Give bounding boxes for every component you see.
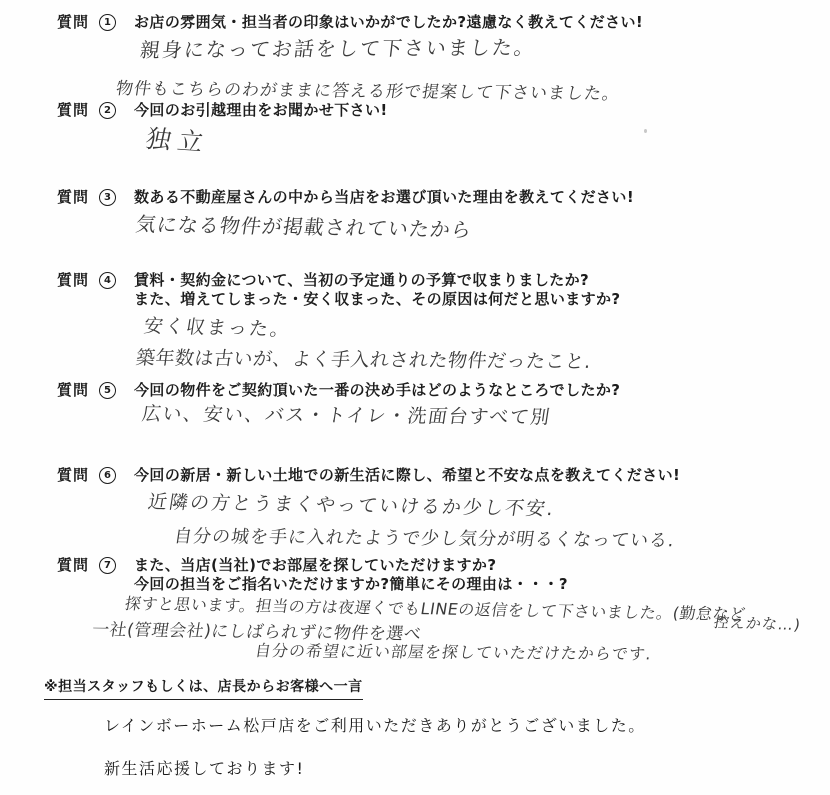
- question-6-number-circle: 6: [99, 467, 116, 484]
- question-1-line-1: お店の雰囲気・担当者の印象はいかがでしたか?遠慮なく教えてください!: [134, 13, 643, 32]
- question-7-line-2: 今回の担当をご指名いただけますか?簡単にその理由は・・・?: [134, 575, 568, 594]
- question-6-text: 今回の新居・新しい土地での新生活に際し、希望と不安な点を教えてください!: [134, 466, 680, 485]
- question-4-label: 質問: [57, 271, 89, 290]
- question-3-line-1: 数ある不動産屋さんの中から当店をお選び頂いた理由を教えてください!: [134, 188, 634, 207]
- question-7-line-1: また、当店(当社)でお部屋を探していただけますか?: [134, 556, 568, 575]
- handwritten-answer-3: 気になる物件が掲載されていたから: [134, 212, 474, 242]
- question-4-text: 賃料・契約金について、当初の予定通りの予算で収まりましたか? また、増えてしまっ…: [134, 271, 621, 309]
- question-2-text: 今回のお引越理由をお聞かせ下さい!: [134, 101, 388, 120]
- question-7: 質問 7 また、当店(当社)でお部屋を探していただけますか? 今回の担当をご指名…: [57, 556, 568, 594]
- question-2-line-1: 今回のお引越理由をお聞かせ下さい!: [134, 101, 388, 120]
- question-5: 質問 5 今回の物件をご契約頂いた一番の決め手はどのようなところでしたか?: [57, 381, 620, 400]
- handwritten-answer-7a: 探すと思います。担当の方は夜遅くでもLINEの返信をして下さいました。(勤怠など: [123, 594, 747, 624]
- handwritten-answer-5: 広い、安い、バス・トイレ・洗面台すべて別: [140, 403, 552, 429]
- question-7-number-circle: 7: [99, 557, 116, 574]
- scan-speck: [644, 129, 647, 133]
- question-5-label: 質問: [57, 381, 89, 400]
- question-4-line-1: 賃料・契約金について、当初の予定通りの予算で収まりましたか?: [134, 271, 621, 290]
- question-2: 質問 2 今回のお引越理由をお聞かせ下さい!: [57, 101, 388, 120]
- question-1-text: お店の雰囲気・担当者の印象はいかがでしたか?遠慮なく教えてください!: [134, 13, 643, 32]
- customer-survey-scan: 質問 1 お店の雰囲気・担当者の印象はいかがでしたか?遠慮なく教えてください! …: [0, 0, 830, 795]
- question-3-number-circle: 3: [99, 189, 116, 206]
- question-3-text: 数ある不動産屋さんの中から当店をお選び頂いた理由を教えてください!: [134, 188, 634, 207]
- handwritten-answer-1a: 親身になってお話をして下さいました。: [139, 35, 538, 62]
- question-6-line-1: 今回の新居・新しい土地での新生活に際し、希望と不安な点を教えてください!: [134, 466, 680, 485]
- question-5-text: 今回の物件をご契約頂いた一番の決め手はどのようなところでしたか?: [134, 381, 620, 400]
- support-message: 新生活応援しております!: [104, 756, 304, 779]
- handwritten-answer-6b: 自分の城を手に入れたようで少し気分が明るくなっている.: [172, 526, 676, 552]
- question-6: 質問 6 今回の新居・新しい土地での新生活に際し、希望と不安な点を教えてください…: [57, 466, 680, 485]
- handwritten-answer-2: 独立: [143, 124, 213, 158]
- question-7-label: 質問: [57, 556, 89, 575]
- question-1: 質問 1 お店の雰囲気・担当者の印象はいかがでしたか?遠慮なく教えてください!: [57, 13, 643, 32]
- question-2-number-circle: 2: [99, 102, 116, 119]
- thanks-message: レインボーホーム松戸店をご利用いただきありがとうございました。: [104, 713, 646, 736]
- question-1-label: 質問: [57, 13, 89, 32]
- handwritten-answer-7a-continued: 控えかな…): [712, 613, 802, 634]
- question-7-text: また、当店(当社)でお部屋を探していただけますか? 今回の担当をご指名いただけま…: [134, 556, 568, 594]
- question-1-number-circle: 1: [99, 14, 116, 31]
- handwritten-answer-4b: 築年数は古いが、よく手入れされた物件だったこと.: [135, 347, 593, 374]
- handwritten-answer-4a: 安く収まった。: [142, 315, 292, 342]
- question-2-label: 質問: [57, 101, 89, 120]
- question-3-label: 質問: [57, 188, 89, 207]
- question-4-line-2: また、増えてしまった・安く収まった、その原因は何だと思いますか?: [134, 290, 621, 309]
- question-6-label: 質問: [57, 466, 89, 485]
- question-5-number-circle: 5: [99, 382, 116, 399]
- question-4-number-circle: 4: [99, 272, 116, 289]
- handwritten-answer-6a: 近隣の方とうまくやっていけるか少し不安.: [146, 491, 557, 521]
- staff-note-heading: ※担当スタッフもしくは、店長からお客様へ一言: [44, 676, 363, 700]
- question-5-line-1: 今回の物件をご契約頂いた一番の決め手はどのようなところでしたか?: [134, 381, 620, 400]
- handwritten-answer-7c: 自分の希望に近い部屋を探していただけたからです.: [254, 641, 654, 664]
- question-3: 質問 3 数ある不動産屋さんの中から当店をお選び頂いた理由を教えてください!: [57, 188, 634, 207]
- question-4: 質問 4 賃料・契約金について、当初の予定通りの予算で収まりましたか? また、増…: [57, 271, 621, 309]
